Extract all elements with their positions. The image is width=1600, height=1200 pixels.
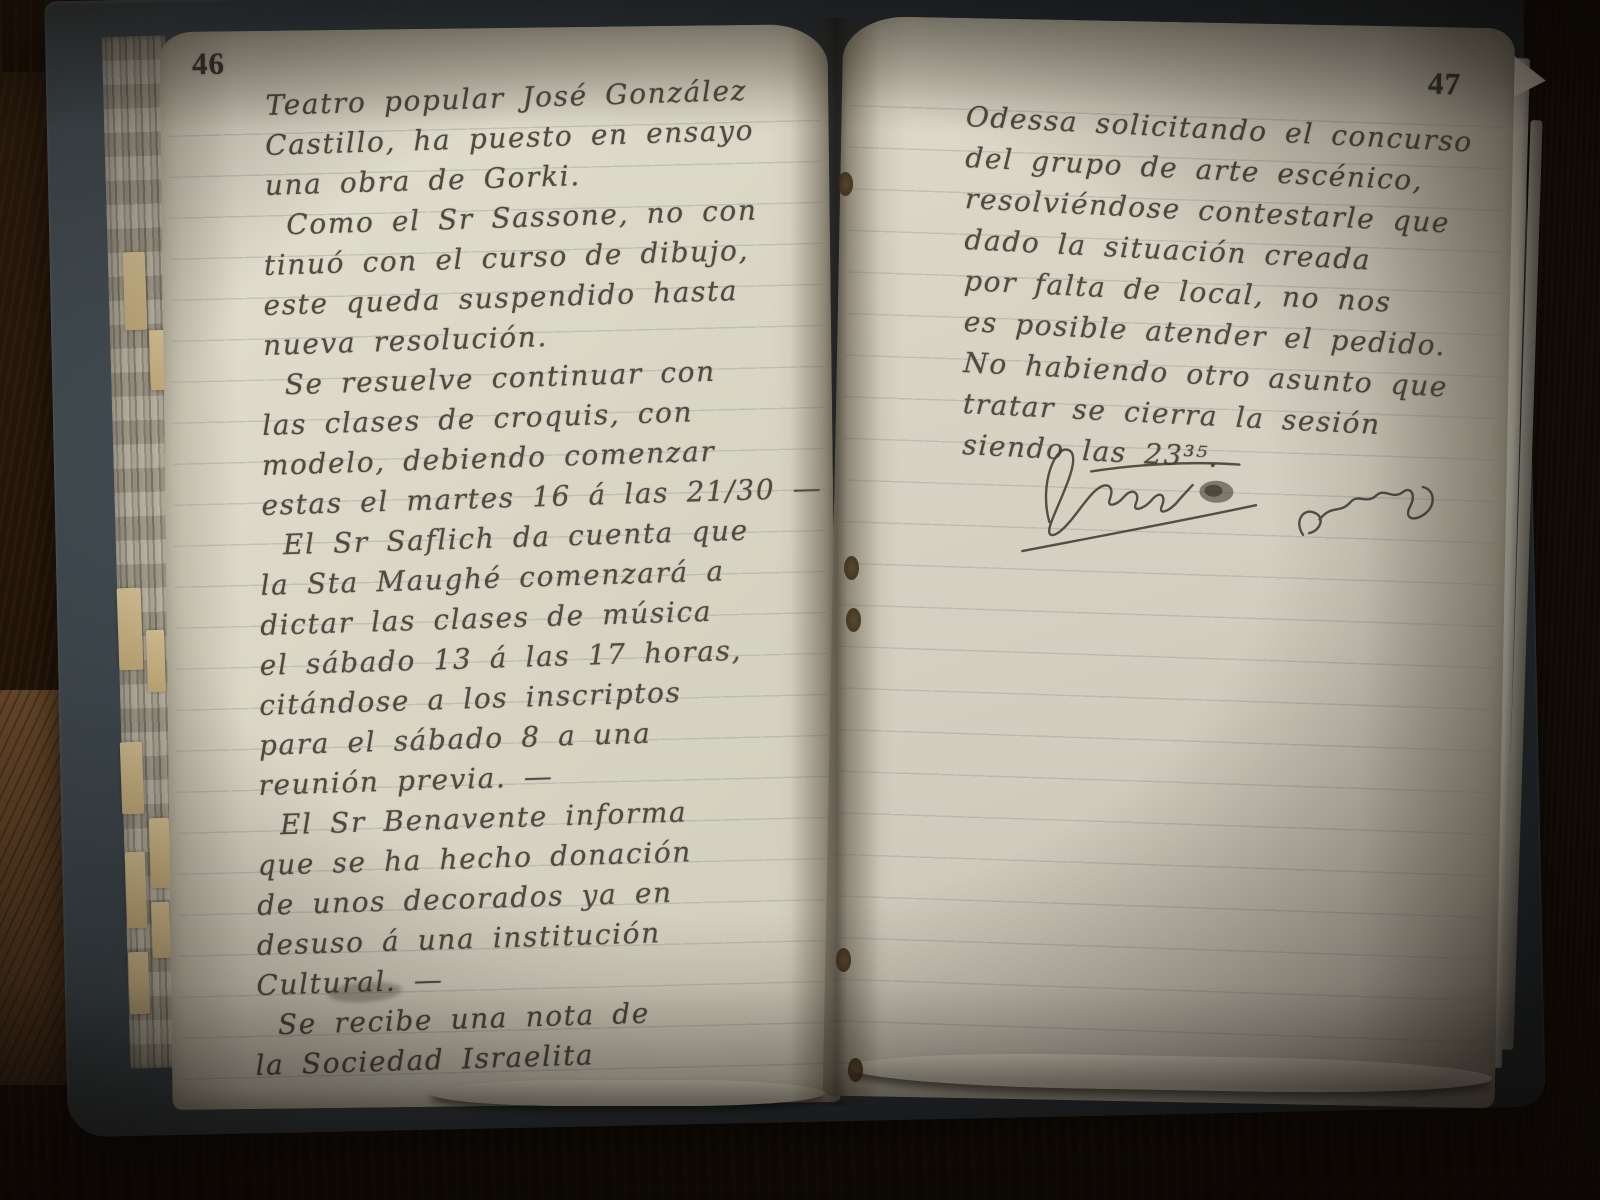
binding-spot [846,608,861,632]
signature-2 [1299,483,1433,540]
left-page-text: Teatro popular José González Castillo, h… [256,86,828,1092]
binding-spot [844,556,859,580]
tape-fragment [146,630,166,693]
signature-1-bar [1091,459,1239,477]
tape-fragment [117,588,144,671]
tape-fragment [125,852,148,929]
tape-fragment [149,818,171,889]
left-page-number: 46 [192,46,226,83]
tape-fragment [120,742,144,815]
binding-spot [848,1058,863,1082]
binding-spot [838,172,853,196]
tape-fragment [151,902,171,959]
right-page-text: Odessa solicitando el concurso del grupo… [962,96,1473,470]
photo-scene: 46 47 Teatro popular José González Casti… [0,0,1600,1200]
tape-fragment [128,952,150,1015]
tape-fragment [123,252,148,331]
signatures-block [1000,422,1445,587]
binding-spot [836,948,851,972]
right-page-number: 47 [1428,66,1462,103]
